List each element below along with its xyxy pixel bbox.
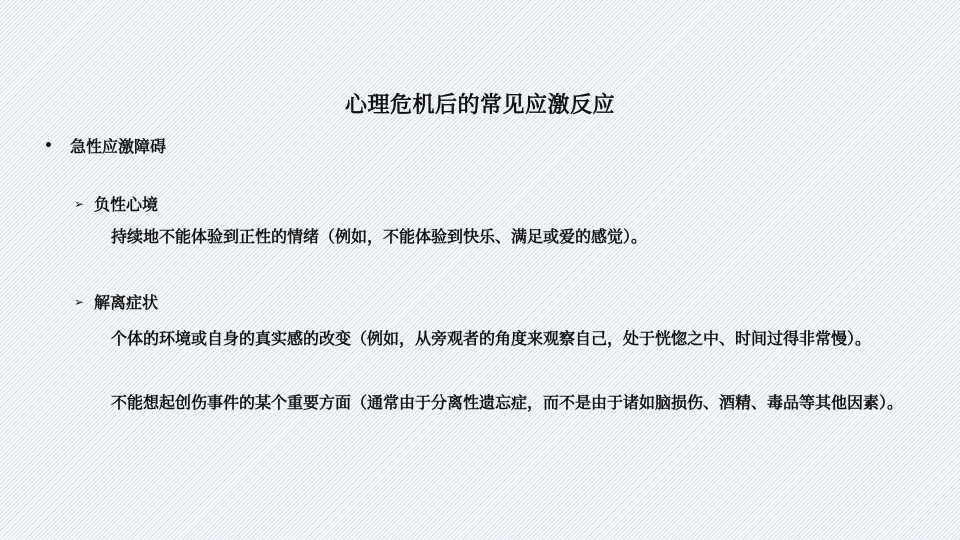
paragraph-negative-mood: 持续地不能体验到正性的情绪（例如，不能体验到快乐、满足或爱的感觉）。 [111,222,911,251]
slide: 心理危机后的常见应激反应 • 急性应激障碍 ➢ 负性心境 持续地不能体验到正性的… [0,0,960,540]
subheading-dissociative-symptoms: ➢ 解离症状 [74,290,158,313]
subheading-label: 解离症状 [94,290,158,313]
arrow-bullet-icon: ➢ [74,197,94,211]
subheading-label: 负性心境 [94,192,158,215]
subheading-negative-mood: ➢ 负性心境 [74,192,158,215]
bullet-acute-stress-disorder: • 急性应激障碍 [44,134,166,157]
paragraph-amnesia: 不能想起创伤事件的某个重要方面（通常由于分离性遗忘症，而不是由于诸如脑损伤、酒精… [111,388,911,417]
bullet-label: 急性应激障碍 [70,134,166,157]
arrow-bullet-icon: ➢ [74,295,94,309]
bullet-dot-icon: • [44,138,68,154]
slide-title: 心理危机后的常见应激反应 [0,88,960,119]
paragraph-altered-reality: 个体的环境或自身的真实感的改变（例如，从旁观者的角度来观察自己，处于恍惚之中、时… [111,324,911,353]
